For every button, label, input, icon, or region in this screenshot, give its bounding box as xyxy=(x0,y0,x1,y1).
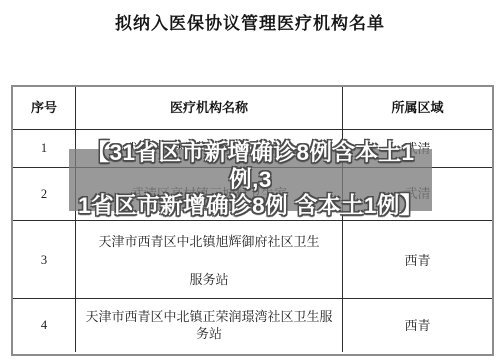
table-row: 3 天津市西青区中北镇旭辉御府社区卫生 服务站 西青 xyxy=(13,221,492,299)
header-name: 医疗机构名称 xyxy=(76,87,343,129)
table-row: 4 天津市西青区中北镇正荣润璟湾社区卫生服 务站 西青 xyxy=(13,299,492,352)
news-caption-overlay: 【31省区市新增确诊8例含本土1例,3 1省区市新增确诊8例 含本土1例】 xyxy=(69,149,432,211)
cell-region: 西青 xyxy=(343,221,492,300)
cell-name: 天津市西青区中北镇旭辉御府社区卫生 服务站 xyxy=(76,221,343,300)
cell-index: 1 xyxy=(13,130,76,167)
cell-index: 3 xyxy=(13,221,76,300)
cell-name: 天津市西青区中北镇正荣润璟湾社区卫生服 务站 xyxy=(76,299,343,352)
cell-index: 2 xyxy=(13,168,76,220)
institutions-table: 序号 医疗机构名称 所属区域 1 武清区高村镇兰家庄村卫生室 武清 2 武清区高… xyxy=(11,85,494,356)
page-title: 拟纳入医保协议管理医疗机构名单 xyxy=(0,9,500,34)
header-region: 所属区域 xyxy=(343,87,492,129)
header-index: 序号 xyxy=(13,87,76,129)
cell-region: 西青 xyxy=(343,299,492,352)
news-caption-text: 【31省区市新增确诊8例含本土1例,3 1省区市新增确诊8例 含本土1例】 xyxy=(69,140,432,220)
cell-index: 4 xyxy=(13,299,76,352)
table-header-row: 序号 医疗机构名称 所属区域 xyxy=(13,87,492,130)
